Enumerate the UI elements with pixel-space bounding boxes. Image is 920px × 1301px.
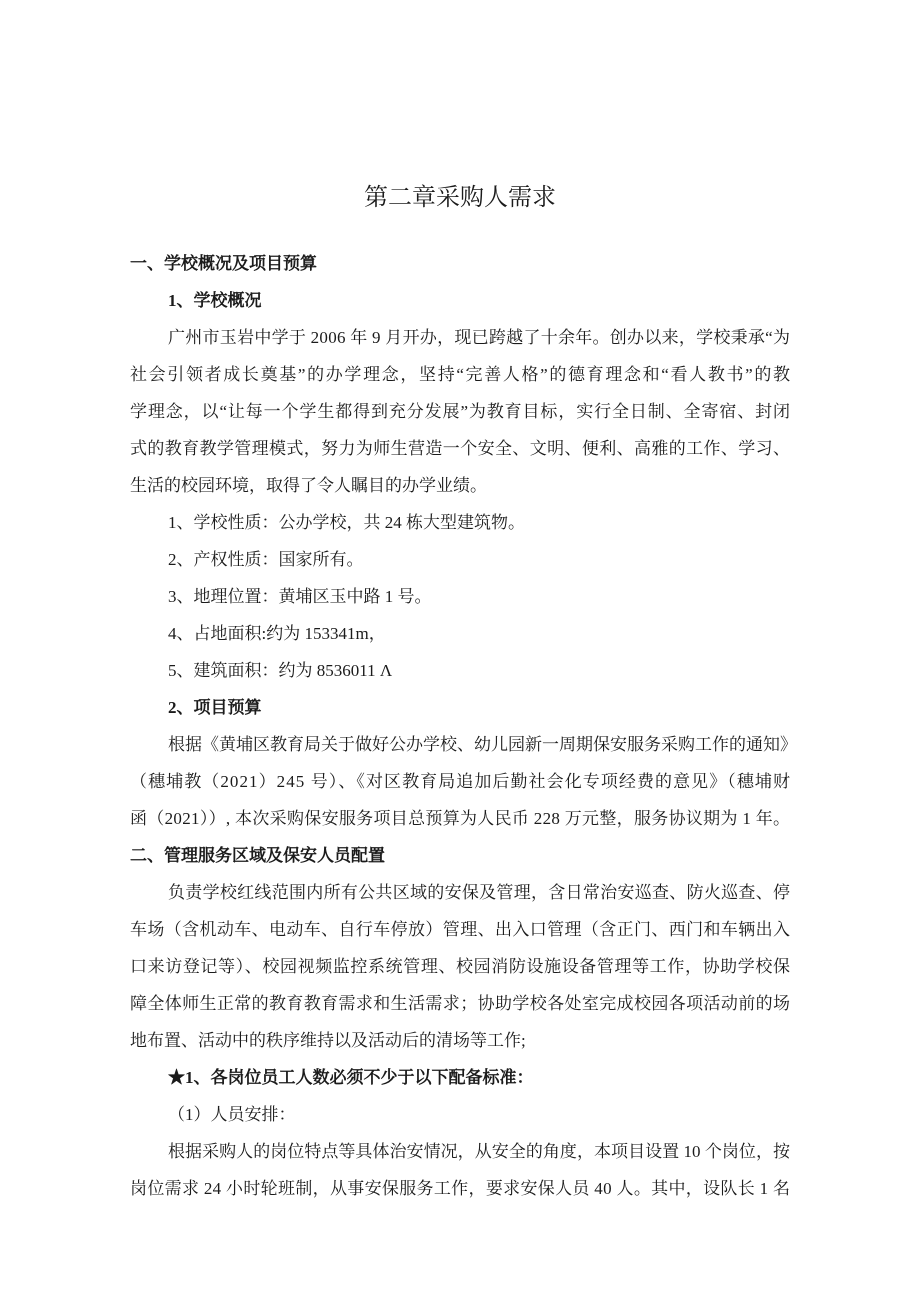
line-text: 口来访登记等）、校园视频监控系统管理、校园消防设施设备管理等工作，协助学校保	[130, 948, 790, 985]
line-text: 2、产权性质：国家所有。	[168, 541, 364, 578]
line-text: 二、管理服务区域及保安人员配置	[130, 837, 385, 874]
list-item: 3、地理位置：黄埔区玉中路 1 号。	[130, 578, 790, 615]
subsection-heading: 2、项目预算	[130, 689, 790, 726]
line-text: 式的教育教学管理模式，努力为师生营造一个安全、文明、便利、高雅的工作、学习、	[130, 430, 790, 467]
line-text: （1）人员安排：	[168, 1096, 296, 1133]
body-line: 社会引领者成长奠基”的办学理念，坚持“完善人格”的德育理念和“看人教书”的教	[130, 356, 790, 393]
line-text: 障全体师生正常的教育教育需求和生活需求；协助学校各处室完成校园各项活动前的场	[130, 985, 790, 1022]
list-item: 5、建筑面积：约为 8536011 Λ	[130, 652, 790, 689]
list-item: 2、产权性质：国家所有。	[130, 541, 790, 578]
line-text: （穗埔教（2021）245 号）、《对区教育局追加后勤社会化专项经费的意见》（穗…	[130, 763, 790, 800]
document-body: 一、学校概况及项目预算1、学校概况广州市玉岩中学于 2006 年 9 月开办，现…	[130, 245, 790, 1207]
line-text: 1、学校概况	[168, 282, 262, 319]
body-line: 学理念，以“让每一个学生都得到充分发展”为教育目标，实行全日制、全寄宿、封闭	[130, 393, 790, 430]
list-item: 1、学校性质：公办学校，共 24 栋大型建筑物。	[130, 504, 790, 541]
line-text: 根据《黄埔区教育局关于做好公办学校、幼儿园新一周期保安服务采购工作的通知》	[168, 726, 790, 763]
body-line: （1）人员安排：	[130, 1096, 790, 1133]
line-text: 负责学校红线范围内所有公共区域的安保及管理，含日常治安巡查、防火巡查、停	[168, 874, 790, 911]
body-line: 车场（含机动车、电动车、自行车停放）管理、出入口管理（含正门、西门和车辆出入	[130, 911, 790, 948]
line-text: 2、项目预算	[168, 689, 262, 726]
body-line: 障全体师生正常的教育教育需求和生活需求；协助学校各处室完成校园各项活动前的场	[130, 985, 790, 1022]
body-line: 函（2021））, 本次采购保安服务项目总预算为人民币 228 万元整，服务协议…	[130, 800, 790, 837]
starred-requirement-heading: ★1、各岗位员工人数必须不少于以下配备标准：	[130, 1059, 790, 1096]
line-text: 3、地理位置：黄埔区玉中路 1 号。	[168, 578, 432, 615]
section-heading-2: 二、管理服务区域及保安人员配置	[130, 837, 790, 874]
line-text: 车场（含机动车、电动车、自行车停放）管理、出入口管理（含正门、西门和车辆出入	[130, 911, 790, 948]
line-text: 社会引领者成长奠基”的办学理念，坚持“完善人格”的德育理念和“看人教书”的教	[130, 356, 790, 393]
body-line: 口来访登记等）、校园视频监控系统管理、校园消防设施设备管理等工作，协助学校保	[130, 948, 790, 985]
line-text: 4、占地面积:约为 153341m，	[168, 615, 386, 652]
section-heading-1: 一、学校概况及项目预算	[130, 245, 790, 282]
body-line: 生活的校园环境，取得了令人瞩目的办学业绩。	[130, 467, 790, 504]
line-text: 函（2021））, 本次采购保安服务项目总预算为人民币 228 万元整，服务协议…	[130, 800, 790, 837]
line-text: ★1、各岗位员工人数必须不少于以下配备标准：	[168, 1059, 534, 1096]
line-text: 一、学校概况及项目预算	[130, 245, 317, 282]
body-line: 负责学校红线范围内所有公共区域的安保及管理，含日常治安巡查、防火巡查、停	[130, 874, 790, 911]
line-text: 地布置、活动中的秩序维持以及活动后的清场等工作;	[130, 1022, 526, 1059]
body-line: （穗埔教（2021）245 号）、《对区教育局追加后勤社会化专项经费的意见》（穗…	[130, 763, 790, 800]
line-text: 岗位需求 24 小时轮班制，从事安保服务工作，要求安保人员 40 人。其中，设队…	[130, 1170, 790, 1207]
body-line: 根据采购人的岗位特点等具体治安情况，从安全的角度，本项目设置 10 个岗位，按	[130, 1133, 790, 1170]
line-text: 生活的校园环境，取得了令人瞩目的办学业绩。	[130, 467, 487, 504]
line-text: 1、学校性质：公办学校，共 24 栋大型建筑物。	[168, 504, 525, 541]
line-text: 根据采购人的岗位特点等具体治安情况，从安全的角度，本项目设置 10 个岗位，按	[168, 1133, 790, 1170]
list-item: 4、占地面积:约为 153341m，	[130, 615, 790, 652]
document-title: 第二章采购人需求	[130, 183, 790, 213]
document-page: 第二章采购人需求 一、学校概况及项目预算1、学校概况广州市玉岩中学于 2006 …	[0, 0, 920, 1207]
body-line: 式的教育教学管理模式，努力为师生营造一个安全、文明、便利、高雅的工作、学习、	[130, 430, 790, 467]
line-text: 5、建筑面积：约为 8536011 Λ	[168, 652, 392, 689]
body-line: 岗位需求 24 小时轮班制，从事安保服务工作，要求安保人员 40 人。其中，设队…	[130, 1170, 790, 1207]
line-text: 广州市玉岩中学于 2006 年 9 月开办，现已跨越了十余年。创办以来，学校秉承…	[168, 319, 790, 356]
body-line: 广州市玉岩中学于 2006 年 9 月开办，现已跨越了十余年。创办以来，学校秉承…	[130, 319, 790, 356]
subsection-heading: 1、学校概况	[130, 282, 790, 319]
body-line: 根据《黄埔区教育局关于做好公办学校、幼儿园新一周期保安服务采购工作的通知》	[130, 726, 790, 763]
body-line: 地布置、活动中的秩序维持以及活动后的清场等工作;	[130, 1022, 790, 1059]
line-text: 学理念，以“让每一个学生都得到充分发展”为教育目标，实行全日制、全寄宿、封闭	[130, 393, 790, 430]
